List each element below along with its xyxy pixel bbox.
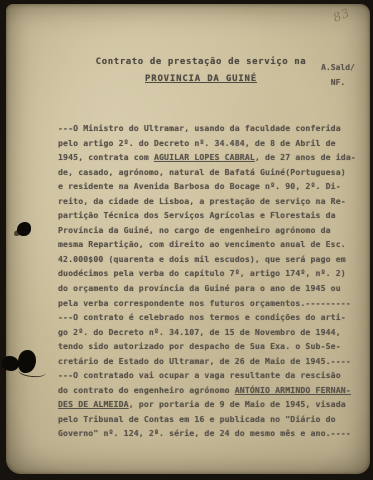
document-line: DES DE ALMEIDA, por portaria de 9 de Mai… — [58, 397, 348, 412]
document-header: Contrato de prestação de serviço na PROV… — [58, 57, 344, 84]
document-line: 1945, contrata com AGUILAR LOPES CABRAL,… — [58, 150, 348, 165]
document-line: partição Técnica dos Serviços Agrícolas … — [58, 208, 348, 223]
document-line: pelo Tribunal de Contas em 16 e publicad… — [58, 412, 348, 427]
document-line: do contrato do engenheiro agrónomo ANTÓN… — [58, 383, 348, 398]
document-line: pelo artigo 2º. do Decreto nº. 34.484, d… — [58, 136, 348, 151]
scan-background: { "colors": { "paper": "#cbbf9c", "ink":… — [0, 0, 373, 480]
document-title: Contrato de prestação de serviço na — [58, 57, 344, 67]
document-line: cretário de Estado do Ultramar, de 26 de… — [58, 354, 348, 369]
document-line: duodécimos pela verba do capítulo 7º, ar… — [58, 266, 348, 281]
document-line: tendo sido autorizado por despacho de Su… — [58, 339, 348, 354]
document-line: reito, da cidade de Lisboa, a prestação … — [58, 194, 348, 209]
document-line: ---O contratado vai ocupar a vaga result… — [58, 368, 348, 383]
document-line: ---O contrato é celebrado nos termos e c… — [58, 310, 348, 325]
document-line: ---O Ministro do Ultramar, usando da fac… — [58, 121, 348, 136]
paper-sheet: 83 A.Sald/ NF. Contrato de prestação de … — [6, 4, 370, 474]
document-line: e residente na Avenida Barbosa do Bocage… — [58, 179, 348, 194]
document-line: mesma Repartição, com direito ao vencime… — [58, 237, 348, 252]
document-line: de, casado, agrónomo, natural de Bafatá … — [58, 165, 348, 180]
ink-blot-mark — [17, 222, 31, 236]
document-subtitle: PROVINCIA DA GUINÉ — [58, 74, 344, 84]
document-line: pela verba correspondente nos futuros or… — [58, 296, 348, 311]
document-body: ---O Ministro do Ultramar, usando da fac… — [58, 121, 348, 441]
document-line: Governo" nº. 124, 2ª. série, de 24 do me… — [58, 426, 348, 441]
pen-squiggle-mark — [18, 365, 47, 379]
hole-punch-mark — [2, 356, 19, 371]
document-line: 42.000$00 (quarenta e dois mil escudos),… — [58, 252, 348, 267]
handwritten-page-number: 83 — [331, 5, 352, 24]
document-line: Província da Guiné, no cargo de engenhei… — [58, 223, 348, 238]
document-line: go 2º. do Decreto nº. 34.107, de 15 de N… — [58, 325, 348, 340]
document-line: do orçamento da província da Guiné para … — [58, 281, 348, 296]
